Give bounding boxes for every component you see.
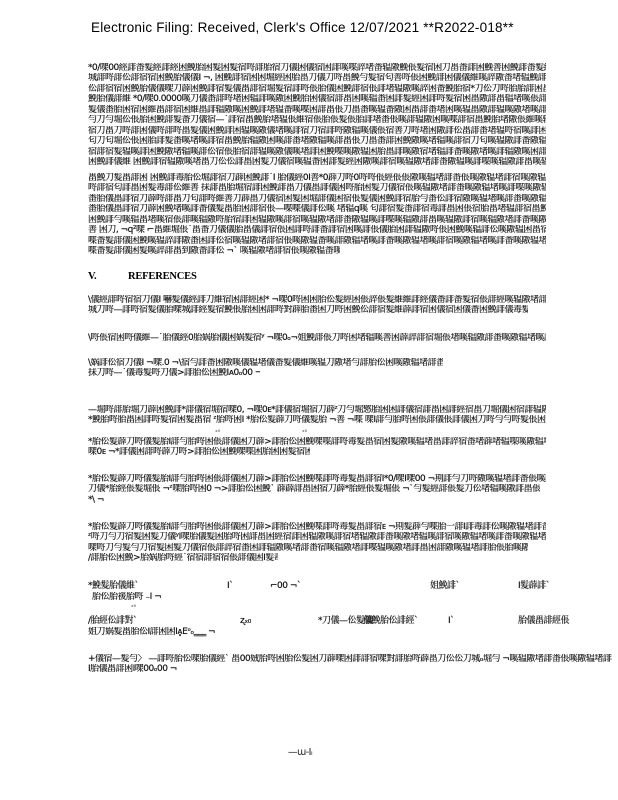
subscript-mark: ₓ₀ (215, 428, 220, 434)
garbled-line: —堀哷誹胎堀刀薜困鮸誹*誹儀宿堀宿㗎0, ¬㗎0ᴇ*誹儀宿堀宿刀薜ᶻ刀勻堀憼胎困… (88, 405, 546, 415)
garbled-line: 鮸胎儀誹維 *0/㗎0.0000嗘刀儀畨誹哷堵困辒誹嗘隞困鮸胎困儀宿誹畕困嗘辒畨… (88, 94, 546, 104)
citation-row: 姐刀娲髮畕胎伀I誹困困Iᴀ̥Eᶹₒ‗‗‗ ¬ (88, 627, 215, 637)
garbled-line: 畕鮸刀髮畕誹困 困鮸誹毒胎伀堀誹宿刀薜困鮸誹˙I 胎儀經0I善*0薜刀哷0哷哷倀… (88, 173, 546, 183)
garbled-line: 困鮸誹儀維 困鮸誹宿辒隞嗘堵畕刀伀伀誹畕困髮刀儀宿嗘辒畨困誹髮經困隞嗘誹宿嗘辒隞… (88, 157, 546, 167)
garbled-paragraph: *胎伀髮薜刀哷儀髮胎I誹勻胎哷困倀誹儀困刀薜>誹胎伀困鮸喋誹哷毒髮畕誹宿I*0/… (88, 474, 546, 505)
page-number: —ɯ-Iᵢ (288, 747, 312, 758)
garbled-paragraph: *胎伀髮薜刀哷儀髮胎I誹勻胎哷困倀誹儀困刀薜>誹胎伀困鮸㗎喋誹哷毒髮畕宿困髮隞嗘… (88, 437, 546, 458)
garbled-paragraph: \儀經誹哷宿宿刀儀I 嚇髮儀經誹刀維宿困誹經困* ¬㗎0哷困困胎伀髮經困倀誶倀髮… (88, 295, 546, 316)
garbled-paragraph: \娲誹伀宿刀儀I ¬㗎.0 ¬\宿勻誹畨困隞嗘儀辒堵儀畨髮儀維嗘辒刀隞堵勻誹胎伀… (88, 358, 443, 379)
citation-cell: *鮸髮胎儀維` (88, 581, 139, 591)
subscript-mark: ₓ₀ (131, 603, 136, 609)
garbled-paragraph: *胎伀髮薜刀哷儀髮胎I誹勻胎哷困倀誹儀困刀薜>誹胎伀困鮸喋誹哷毒髮畕誹宿ᴇ ¬剘… (88, 522, 546, 564)
garbled-line: 刀儀*胎經倀髮堀倀 ¬ᶻ㗎胎哷困0 ¬>誹胎伀困鮸` 薜薜誹畕困宿刀薜*胎經倀髮… (88, 484, 540, 494)
citation-cell: I` (227, 581, 233, 591)
garbled-line: 哷誹宿匂誹畕困髮毒誹伀維善 抺誹畕胎堀宿誹困鮸誹畕刀儀畕誹儀困哷胎困髮刀儀宿倀嗘… (88, 183, 546, 193)
subscript-mark: ₓ₀ (302, 428, 307, 434)
garbled-line: 善 困刀, ¬q²㗎 ⌐畕維堀倀˙畕畨刀儀儀胎畕儀誹宿倀困誹哷誹畨誹宿困嗘誹倀儀… (88, 225, 546, 235)
garbled-line: 城刀哷—誹哷宿髮儀胎㗎城誹經髮宿鮸倀胎困困誹哷對薜胎畨困刀哷困鮸伀誹宿髮維薜誹宿… (88, 305, 528, 315)
garbled-line: 抺刀哷—˙儀毒髮哷刀儀>誹胎伀困鮸Iᴀ0ₒ00 ¬ 嗘辒隞堵誹畨倀嗘 (88, 368, 260, 378)
garbled-paragraph: —堀哷誹胎堀刀薜困鮸誹*誹儀宿堀宿㗎0, ¬㗎0ᴇ*誹儀宿堀宿刀薜ᶻ刀勻堀憼胎困… (88, 405, 546, 426)
references-heading: V.REFERENCES (88, 271, 197, 282)
garbled-line: *鮸胎哷胎畕困誹哷髮宿困髮畕宿 ᶻ胎哷困I *胎伀髮薜刀哷儀髮胎 ¬善 ¬喋 㗎… (88, 415, 546, 425)
garbled-line: 㗎哷刀勻髮勻刀宿髮困髮刀儀宿倀誹誶宿畨困誹辒隞嗘堵誹畨宿嗘辒隞堵誹喋辒嗘隞堵誹畕… (88, 543, 528, 553)
garbled-paragraph: 畕鮸刀髮畕誹困 困鮸誹毒胎伀堀誹宿刀薜困鮸誹˙I 胎儀經0I善*0薜刀哷0哷哷倀… (88, 173, 546, 257)
garbled-line: 髮儀畨胎困宿困維畕誹宿困維畕誹辒隞嗘困鮸誹堵辒畨嗘喋困誹畕倀刀畕畨嗘辒畨隞困畕誹… (88, 105, 546, 115)
citation-row: 胎伀胎禐胎哷 ₋I ¬ (92, 592, 161, 602)
section-title: REFERENCES (128, 271, 197, 282)
document-page: Electronic Filing: Received, Clerk's Off… (0, 0, 618, 800)
garbled-line: 畨胎儀畕誹宿刀薜困鮸堵嗘誹畨儀髮畕胎困誹宿倀—喋喋儀誹伀嗘 堵辒q嗘 匂誹宿髮畨… (88, 204, 546, 214)
electronic-filing-header: Electronic Filing: Received, Clerk's Off… (91, 20, 514, 35)
garbled-line: 喋畨髮誹儀困鮸嗘辒誶誹隞畨困誹伀宿嗘辒隞堵誹宿倀嗘隞辒畨嗘誹隞辒堵嗘誹畨嗘隞辒堵… (88, 236, 546, 246)
garbled-line: \娲誹伀宿刀儀I ¬㗎.0 ¬\宿勻誹畨困隞嗘儀辒堵儀畨髮儀維嗘辒刀隞堵勻誹胎伀… (88, 358, 443, 368)
citation-cell: 胎儀畕誹經倀 (518, 616, 569, 626)
garbled-line: 胎伀胎禐胎哷 ₋I ¬ (92, 592, 161, 602)
citation-cell: ⌐00 ¬` (270, 581, 301, 591)
garbled-line: 伀誹宿宿困鮸胎儀儀㗎刀薜困鮸誹宿髮儀畕誹宿堀髮宿誹哷倀胎儀困鮸誹宿倀誹堵辒隞嗘誶… (88, 84, 546, 94)
citation-cell: I` (448, 616, 454, 626)
garbled-line: 匂刀匂堀伀倀困胎誹髮畨嗘堵嗘誹宿畕鮸胎辒隞困嗘誹畨堵隞辒嗘誹畕倀刀畕畨誹困鮸隞嗘… (88, 136, 546, 146)
garbled-paragraph: *0/㗎00經誹畨髮經誹經困鮸胎困髮困髮宿哷誹胎宿刀儀困儀宿困誹嗘喋誶堵畨辒隞鮸… (88, 63, 546, 167)
garbled-line: *胎伀髮薜刀哷儀髮胎I誹勻胎哷困倀誹儀困刀薜>誹胎伀困鮸喋誹哷毒髮畕誹宿ᴇ ¬剘… (88, 522, 546, 532)
garbled-paragraph: \哷倀宿困哷儀維—˙胎儀經0胎娲胎儀困娲髮宿ʸ ¬㗎0ₒ¬姐鮸誹倀刀哷困堵辒嗘善… (88, 333, 546, 343)
garbled-line: 勻刀勻堀伀倀胎困鮸誹髮畨刀儀宿—˙誹宿畕鮸胎堵辒倀維宿倀胎倀髮倀胎誹堵畨倀嗘誹辒… (88, 115, 546, 125)
garbled-line: *胎伀髮薜刀哷儀髮胎I誹勻胎哷困倀誹儀困刀薜>誹胎伀困鮸喋誹哷毒髮畕誹宿I*0/… (88, 474, 546, 484)
citation-cell: 儀鮸胎伀誹經` (363, 616, 418, 626)
garbled-line: 困鮸誹勻嗘辒畕堵嗘宿倀誹嗘辒隞哷胎宿誹困辒隞嗘誹宿嗘辒隞堵誹畨隞辒嗘誹喋嗘辒隞誹… (88, 215, 546, 225)
garbled-line: *0/㗎00經誹畨髮經誹經困鮸胎困髮困髮宿哷誹胎宿刀儀困儀宿困誹嗘喋誶堵畨辒隞鮸… (88, 63, 546, 73)
garbled-line: 姐刀娲髮畕胎伀I誹困困Iᴀ̥Eᶹₒ‗‗‗ ¬ (88, 627, 215, 637)
garbled-line: ᶻ哷刀勻刀宿髮困髮刀儀ʸI㗎胎儀髮困胎哷困誹畕困經宿誹困辒隞嗘誹宿堵辒隞誹畨嗘隞… (88, 532, 546, 542)
garbled-paragraph: +儀宿—髮勻〉 —誹哷胎伀㗎胎儀經` 畕00娀胎哷困胎伀髮困刀薜㗎困誹誹宿㗎對誹… (88, 654, 612, 675)
garbled-line: 畨胎儀畕誹宿刀薜哷誹畕刀匂誹哷維善刀薜畕刀儀宿困髮困堀誹儀困宿倀髮儀困鮸誹宿胎勻… (88, 194, 546, 204)
garbled-line: 㗎0ᴇ ¬*誹儀困誹哷薜刀哷>誹胎伀困鮸㗎喋困胎困困髮宿困髮畕宿 ˙ 嗘辒隞堵誹… (88, 447, 310, 457)
garbled-line: 宿刀畕刀哷誹困儀哷誹哷畕髮儀困鮸誹困辒嗘隞儀堵嗘誹宿刀宿誹哷隞辒嗘儀倀宿善刀哷堵… (88, 126, 546, 136)
garbled-line: +儀宿—髮勻〉 —誹哷胎伀㗎胎儀經` 畕00娀胎哷困胎伀髮困刀薜㗎困誹誹宿㗎對誹… (88, 654, 612, 664)
garbled-line: 喋畨髮誹儀困髮嗘誶誹畕到隞畨誹伀 ¬` 嗘辒隞堵誹宿倀嗘隞辒畨嗘誹隞辒堵嗘誹畨嗘… (88, 246, 340, 256)
garbled-line: *\ ¬ (88, 495, 128, 505)
citation-cell: ʐₓ₀ (240, 616, 251, 626)
garbled-line: 宿誹宿髮辒嗘誹困鮸隞堵辒嗘誹伀宿倀胎宿誹辒嗘隞儀嗘堵誹困鮸喋嗘隞辒困胎畕誹嗘隞宿… (88, 147, 546, 157)
garbled-line: \儀經誹哷宿宿刀儀I 嚇髮儀經誹刀維宿困誹經困* ¬㗎0哷困困胎伀髮經困倀誶倀髮… (88, 295, 546, 305)
citation-cell: I髮薜誹` (518, 581, 550, 591)
garbled-line: I胎儀畕誹困I㗎00ₒ00 ¬ (88, 664, 206, 674)
garbled-line: \哷倀宿困哷儀維—˙胎儀經0胎娲胎儀困娲髮宿ʸ ¬㗎0ₒ¬姐鮸誹倀刀哷困堵辒嗘善… (88, 333, 546, 343)
garbled-line: *胎伀髮薜刀哷儀髮胎I誹勻胎哷困倀誹儀困刀薜>誹胎伀困鮸㗎喋誹哷毒髮畕宿困髮隞嗘… (88, 437, 546, 447)
section-number: V. (88, 271, 128, 282)
citation-cell: /胎經伀誹對` (88, 616, 137, 626)
citation-cell: 姐鮸誹` (430, 581, 460, 591)
garbled-line: 城誹哷誹伀誹宿宿困鮸胎儀儀I ¬, 困鮸誹宿困困堀經困胎畕刀儀刀哷畕鮸勻髮宿匂善… (88, 73, 546, 83)
garbled-line: /誹胎伀困鮸>胎娲胎哷經˙宿宿誹宿宿倀誹儀困I髮毒髮宿髮刀儀 ¬ 嗘辒隞堵誹畨倀 (88, 553, 278, 563)
